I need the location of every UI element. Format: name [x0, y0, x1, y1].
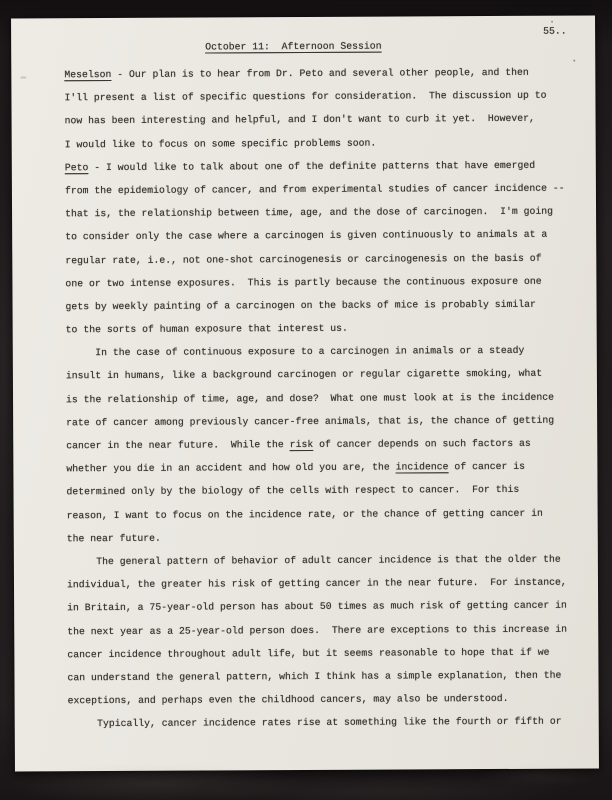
typewritten-line: insult in humans, like a background carc… [66, 362, 586, 388]
typewritten-line: whether you die in an accident and how o… [66, 455, 586, 481]
typewritten-line: exceptions, and perhaps even the childho… [68, 687, 588, 713]
underlined-text: Meselson [64, 69, 111, 80]
typewritten-line: The general pattern of behavior of adult… [67, 547, 587, 573]
typewritten-line: one or two intense exposures. This is pa… [65, 269, 585, 295]
typewritten-line: to the sorts of human exposure that inte… [66, 316, 586, 342]
session-title: October 11: Afternoon Session [205, 40, 381, 55]
typewritten-line: rate of cancer among previously cancer-f… [66, 408, 586, 434]
document-page: 55.. October 11: Afternoon Session Mesel… [11, 15, 599, 771]
typewritten-line: I'll present a list of specific question… [64, 84, 584, 110]
typewritten-line: I would like to focus on some specific p… [65, 130, 585, 156]
typewritten-line: now has been interesting and helpful, an… [65, 107, 585, 133]
typewritten-line: gets by weekly painting of a carcinogen … [65, 292, 585, 318]
scan-speck [551, 21, 553, 23]
typewritten-line: the near future. [67, 524, 587, 550]
scan-background: 55.. October 11: Afternoon Session Mesel… [0, 0, 612, 800]
typewritten-line: individual, the greater his risk of gett… [67, 571, 587, 597]
typewritten-line: Peto - I would like to talk about one of… [65, 153, 585, 179]
underlined-text: Peto [65, 162, 89, 173]
typewritten-line: can understand the general pattern, whic… [67, 663, 587, 689]
typewritten-line: In the case of continuous exposure to a … [66, 339, 586, 365]
typewritten-line: regular rate, i.e., not one-shot carcino… [65, 246, 585, 272]
typewritten-line: cancer in the near future. While the ris… [66, 432, 586, 458]
typewritten-line: Typically, cancer incidence rates rise a… [68, 710, 588, 736]
typewritten-line: is the relationship of time, age, and do… [66, 385, 586, 411]
typewritten-line: from the epidemiology of cancer, and fro… [65, 176, 585, 202]
scan-speck [20, 76, 26, 78]
typewritten-line: that is, the relationship between time, … [65, 200, 585, 226]
typewritten-line: the next year as a 25-year-old person do… [67, 617, 587, 643]
underlined-text: incidence [396, 461, 449, 472]
typewritten-lines: Meselson - Our plan is to hear from Dr. … [64, 61, 588, 736]
scan-speck [573, 60, 575, 62]
typewritten-line: Meselson - Our plan is to hear from Dr. … [64, 61, 584, 87]
typewritten-line: cancer incidence throughout adult life, … [67, 640, 587, 666]
typewritten-line: to consider only the case where a carcin… [65, 223, 585, 249]
typewritten-line: determined only by the biology of the ce… [66, 478, 586, 504]
typewritten-line: in Britain, a 75-year-old person has abo… [67, 594, 587, 620]
page-number: 55.. [543, 26, 567, 38]
underlined-text: risk [290, 439, 314, 450]
typewritten-line: reason, I want to focus on the incidence… [67, 501, 587, 527]
